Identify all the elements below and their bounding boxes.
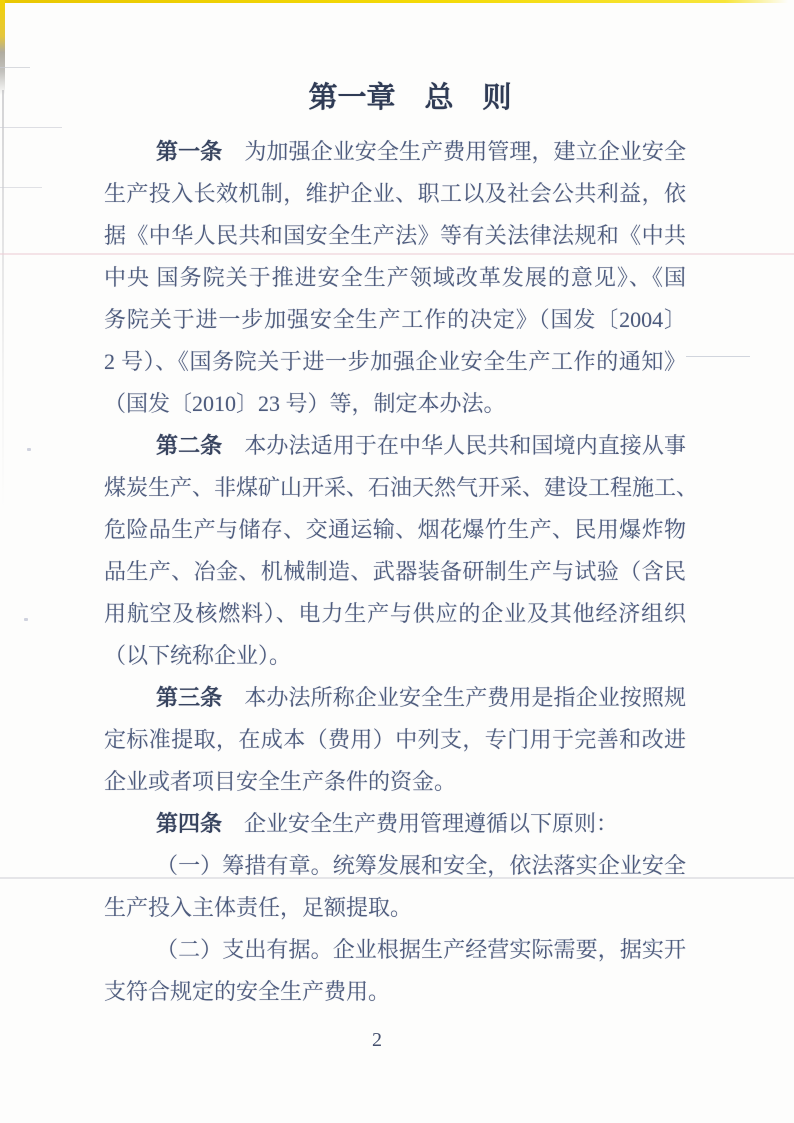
- scan-speck: [27, 448, 31, 451]
- text-line: 生产投入主体责任，足额提取。: [104, 887, 686, 929]
- text-line: 定标准提取，在成本（费用）中列支，专门用于完善和改进: [104, 719, 686, 761]
- scan-artifact-dash: [0, 187, 42, 188]
- scan-speck: [24, 618, 28, 621]
- text-line: 第二条 本办法适用于在中华人民共和国境内直接从事: [104, 425, 686, 467]
- scan-artifact-dash: [686, 356, 750, 357]
- page-number: 2: [0, 1019, 774, 1061]
- article-number: 第二条: [156, 433, 222, 458]
- article-number: 第四条: [156, 811, 222, 836]
- text-line: 务院关于进一步加强安全生产工作的决定》（国发〔2004〕: [104, 299, 686, 341]
- scan-artifact-dash: [0, 127, 62, 128]
- text-line: 支符合规定的安全生产费用。: [104, 971, 686, 1013]
- document-body: 第一条 为加强企业安全生产费用管理，建立企业安全生产投入长效机制，维护企业、职工…: [104, 131, 686, 1013]
- text-line: 第三条 本办法所称企业安全生产费用是指企业按照规: [104, 677, 686, 719]
- article-number: 第三条: [156, 685, 222, 710]
- text-line: 第四条 企业安全生产费用管理遵循以下原则：: [104, 803, 686, 845]
- scan-edge-left-yellow: [0, 0, 5, 95]
- chapter-title: 第一章 总 则: [119, 76, 701, 120]
- text-line: （国发〔2010〕23 号）等，制定本办法。: [104, 383, 686, 425]
- text-line: 2 号）、《国务院关于进一步加强企业安全生产工作的通知》: [104, 341, 686, 383]
- scan-edge-left-line: [2, 90, 4, 510]
- text-line: 品生产、冶金、机械制造、武器装备研制生产与试验（含民: [104, 551, 686, 593]
- text-line: 企业或者项目安全生产条件的资金。: [104, 761, 686, 803]
- text-line: 生产投入长效机制，维护企业、职工以及社会公共利益，依: [104, 173, 686, 215]
- text-line: （以下统称企业）。: [104, 635, 686, 677]
- text-line: 据《中华人民共和国安全生产法》等有关法律法规和《中共: [104, 215, 686, 257]
- text-line: 煤炭生产、非煤矿山开采、石油天然气开采、建设工程施工、: [104, 467, 686, 509]
- scanned-document-page: 第一章 总 则 第一条 为加强企业安全生产费用管理，建立企业安全生产投入长效机制…: [0, 0, 794, 1123]
- text-line: （一）筹措有章。统筹发展和安全，依法落实企业安全: [104, 845, 686, 887]
- text-line: 用航空及核燃料）、电力生产与供应的企业及其他经济组织: [104, 593, 686, 635]
- text-line: 第一条 为加强企业安全生产费用管理，建立企业安全: [104, 131, 686, 173]
- text-line: 中央 国务院关于推进安全生产领域改革发展的意见》、《国: [104, 257, 686, 299]
- scan-edge-top-yellow: [0, 0, 788, 3]
- text-line: 危险品生产与储存、交通运输、烟花爆竹生产、民用爆炸物: [104, 509, 686, 551]
- article-number: 第一条: [156, 139, 222, 164]
- text-line: （二）支出有据。企业根据生产经营实际需要，据实开: [104, 929, 686, 971]
